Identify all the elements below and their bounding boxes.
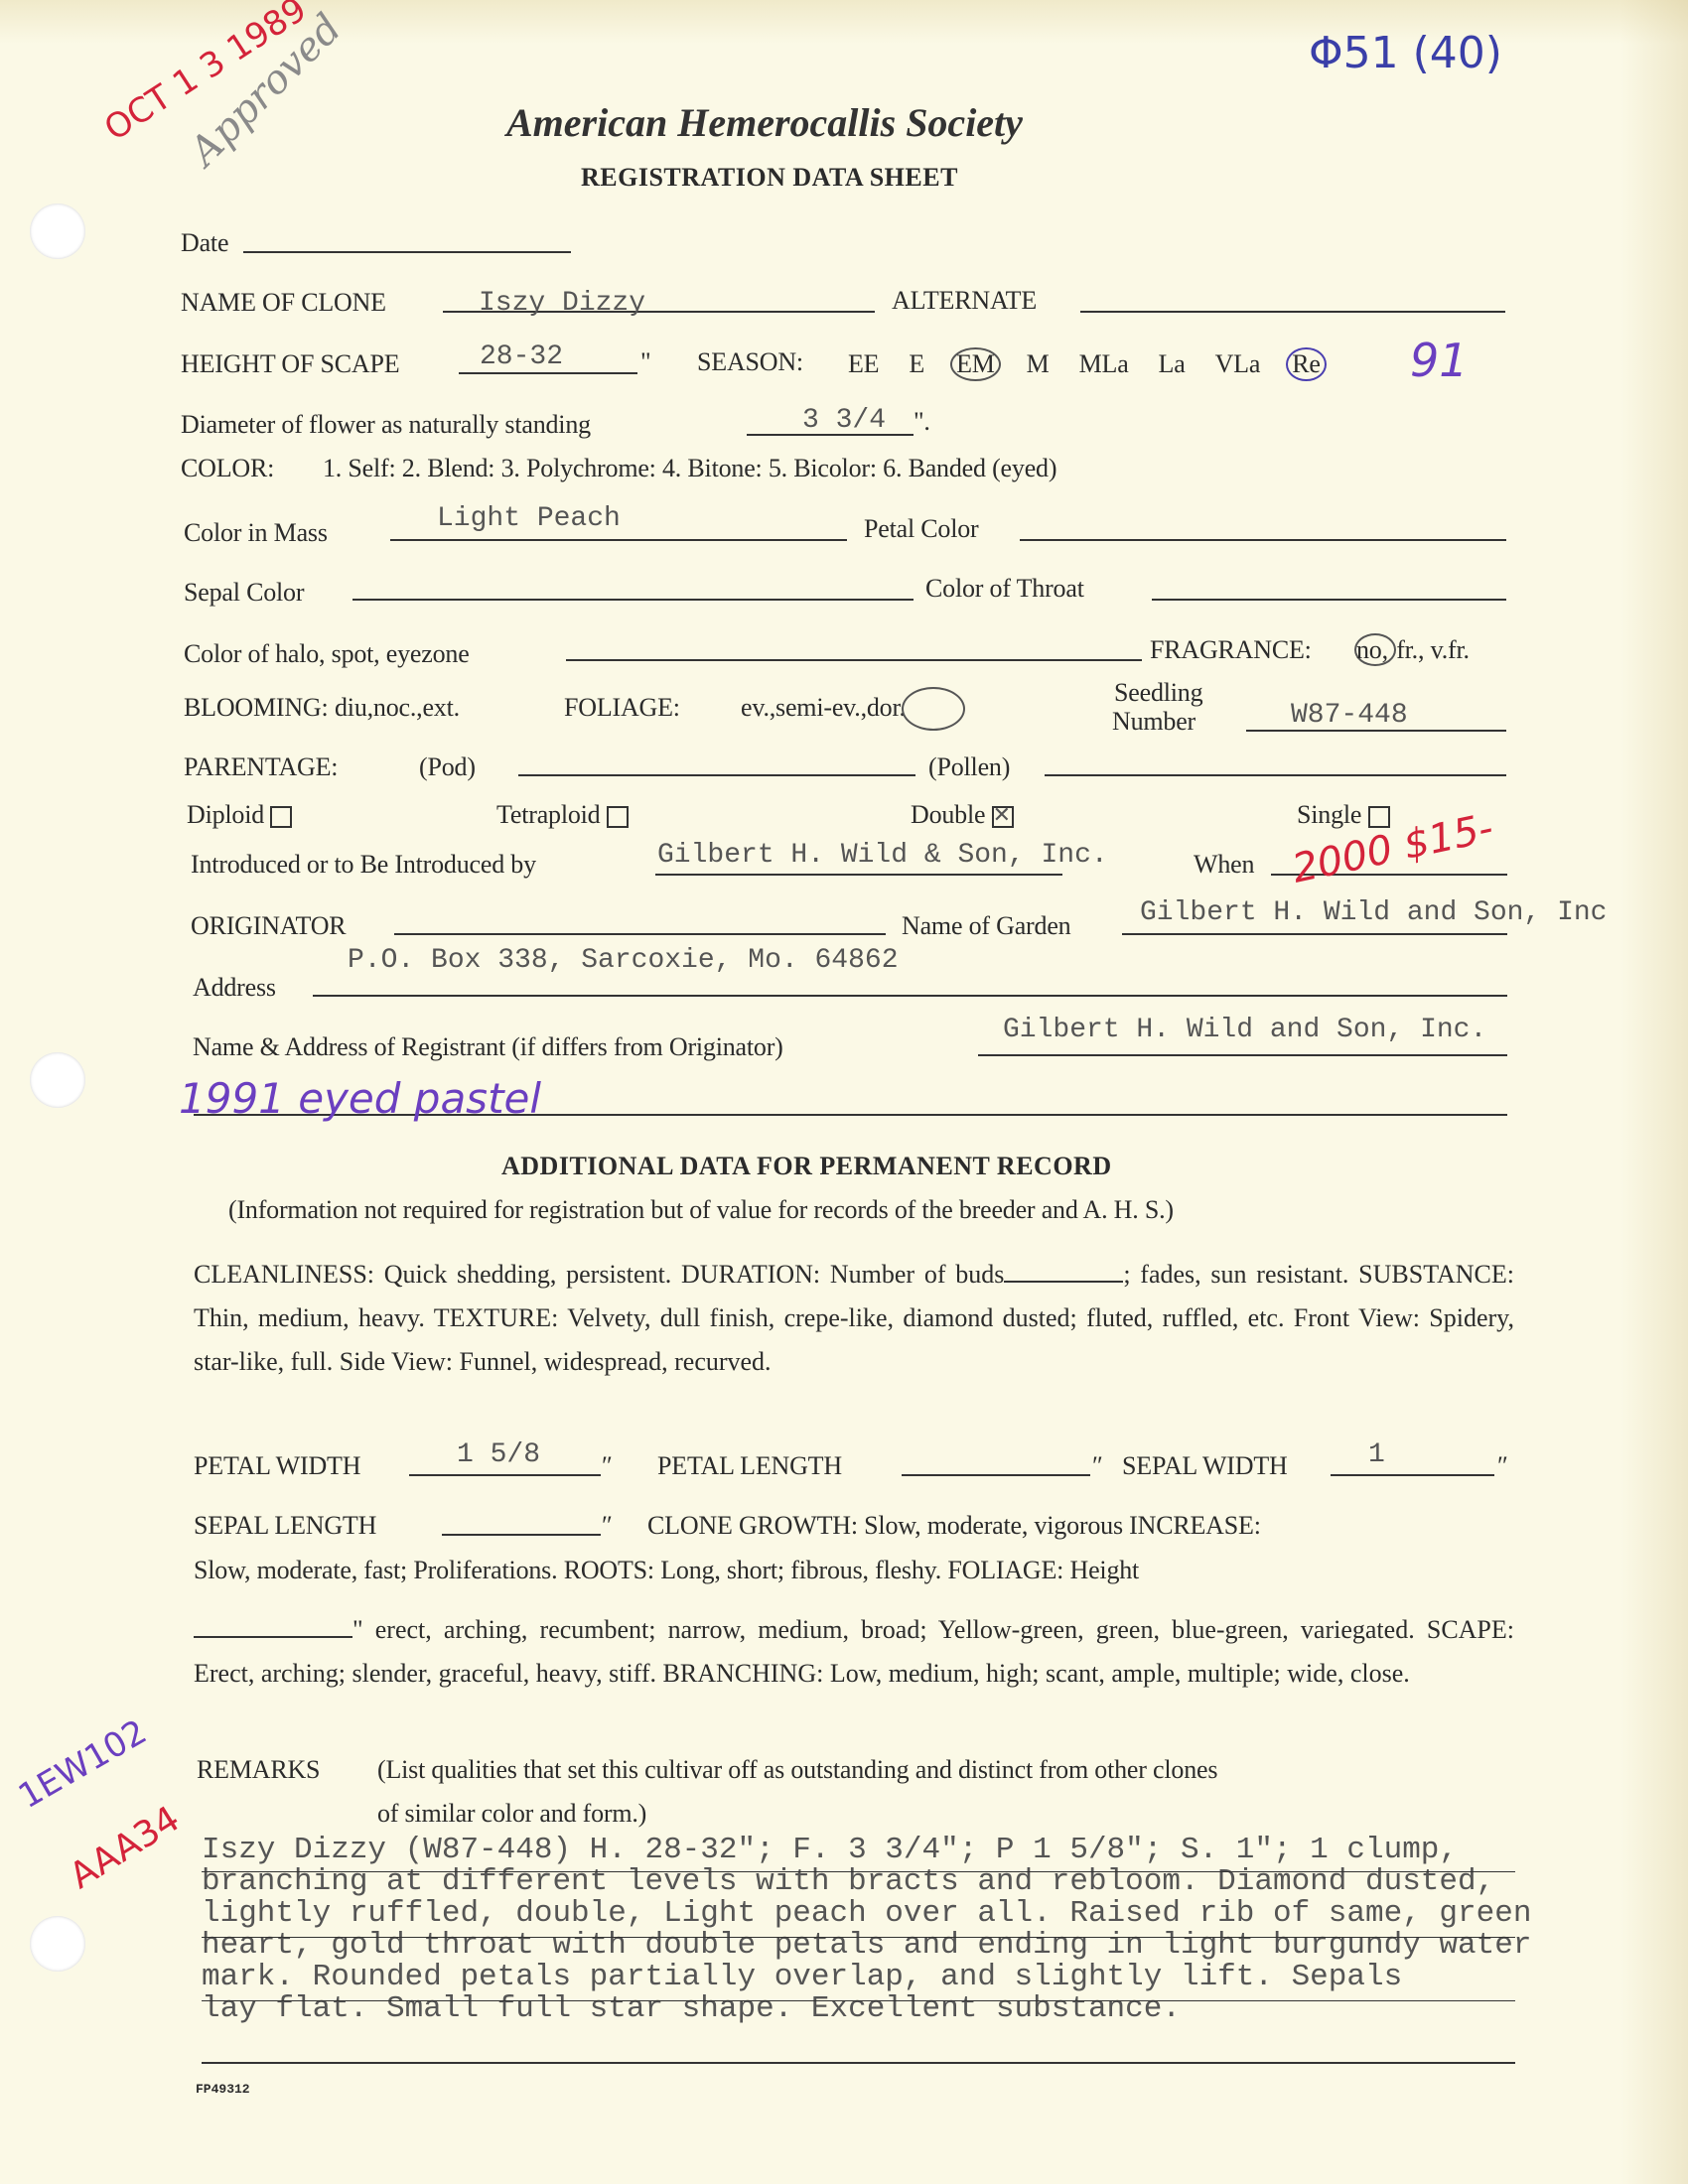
- foliage-text: " erect, arching, recumbent; narrow, med…: [194, 1615, 1514, 1688]
- clone-name-value: Iszy Dizzy: [479, 288, 645, 319]
- remarks-text: Iszy Dizzy (W87-448) H. 28-32"; F. 3 3/4…: [202, 1835, 1641, 2025]
- buds-field[interactable]: [1004, 1281, 1123, 1283]
- originator-label: ORIGINATOR: [191, 911, 346, 941]
- additional-note: (Information not required for registrati…: [228, 1195, 1174, 1225]
- diploid-checkbox[interactable]: [270, 806, 292, 828]
- remarks-hint-2: of similar color and form.): [377, 1799, 646, 1829]
- fragrance-option-fr[interactable]: fr.,: [1396, 635, 1430, 664]
- pod-field[interactable]: [518, 774, 915, 776]
- registrant-value: Gilbert H. Wild and Son, Inc.: [1003, 1015, 1486, 1045]
- remarks-label: REMARKS: [197, 1755, 320, 1785]
- seedling-value: W87-448: [1291, 700, 1408, 731]
- sepal-width-unit: ″: [1497, 1451, 1508, 1481]
- foliage-height-field[interactable]: [194, 1636, 352, 1638]
- originator-field[interactable]: [394, 933, 886, 935]
- season-option-em[interactable]: EM: [950, 347, 1001, 381]
- season-option-mla[interactable]: MLa: [1075, 349, 1133, 379]
- garden-value: Gilbert H. Wild and Son, Inc: [1140, 897, 1607, 928]
- petal-width-label: PETAL WIDTH: [194, 1451, 360, 1481]
- double-label: Double: [911, 800, 985, 829]
- when-label: When: [1194, 850, 1254, 880]
- alternate-field[interactable]: [1080, 311, 1505, 313]
- fragrance-options: no, fr., v.fr.: [1354, 635, 1470, 665]
- halo-label: Color of halo, spot, eyezone: [184, 639, 470, 669]
- color-in-mass-value: Light Peach: [437, 503, 621, 534]
- seedling-label-2: Number: [1112, 707, 1196, 737]
- remarks-line: [202, 1937, 1515, 1938]
- throat-color-label: Color of Throat: [925, 574, 1084, 604]
- punch-hole: [30, 1052, 85, 1108]
- season-option-la[interactable]: La: [1155, 349, 1190, 379]
- form-code: FP49312: [196, 2082, 250, 2097]
- sepal-length-field[interactable]: [442, 1534, 601, 1536]
- remarks-line: [202, 2062, 1515, 2064]
- remarks-line-text: mark. Rounded petals partially overlap, …: [202, 1962, 1641, 1993]
- remarks-line: [202, 2000, 1515, 2001]
- single-checkbox[interactable]: [1368, 806, 1390, 828]
- diploid-label: Diploid: [187, 800, 264, 829]
- foliage-paragraph: " erect, arching, recumbent; narrow, med…: [194, 1608, 1514, 1696]
- page-subtitle: REGISTRATION DATA SHEET: [581, 163, 958, 193]
- petal-width-unit: ″: [602, 1451, 613, 1481]
- punch-hole: [30, 1916, 85, 1972]
- petal-color-label: Petal Color: [864, 514, 979, 544]
- address-value: P.O. Box 338, Sarcoxie, Mo. 64862: [348, 945, 899, 976]
- tetraploid-checkbox[interactable]: [607, 806, 629, 828]
- sepal-length-unit: ″: [602, 1511, 613, 1541]
- remarks-line-text: heart, gold throat with double petals an…: [202, 1930, 1641, 1962]
- file-number-note: Φ51 (40): [1309, 28, 1502, 78]
- petal-length-unit: ″: [1092, 1451, 1103, 1481]
- clone-name-label: NAME OF CLONE: [181, 288, 386, 318]
- color-options: 1. Self: 2. Blend: 3. Polychrome: 4. Bit…: [323, 454, 1056, 483]
- cleanliness-text: CLEANLINESS: Quick shedding, persistent.…: [194, 1260, 1004, 1289]
- petal-width-value: 1 5/8: [457, 1439, 540, 1470]
- height-value: 28-32: [480, 341, 563, 372]
- page-title: American Hemerocallis Society: [506, 99, 1023, 146]
- fragrance-option-vfr.[interactable]: v.fr.: [1431, 635, 1470, 664]
- remarks-line-text: lay flat. Small full star shape. Excelle…: [202, 1993, 1641, 2025]
- fragrance-option-no[interactable]: no,: [1354, 633, 1396, 666]
- diploid-option[interactable]: Diploid: [187, 800, 292, 830]
- garden-label: Name of Garden: [902, 911, 1070, 941]
- sepal-width-label: SEPAL WIDTH: [1122, 1451, 1288, 1481]
- address-label: Address: [193, 973, 276, 1003]
- garden-field[interactable]: [1122, 933, 1507, 935]
- season-option-re[interactable]: Re: [1286, 347, 1326, 381]
- height-label: HEIGHT OF SCAPE: [181, 349, 399, 379]
- single-label: Single: [1297, 800, 1361, 829]
- remarks-line: [202, 1871, 1515, 1872]
- alternate-label: ALTERNATE: [892, 286, 1037, 316]
- season-option-m[interactable]: M: [1023, 349, 1054, 379]
- sepal-length-label: SEPAL LENGTH: [194, 1511, 376, 1541]
- remarks-hint-1: (List qualities that set this cultivar o…: [377, 1755, 1217, 1785]
- punch-hole: [30, 204, 85, 259]
- foliage-label: FOLIAGE:: [564, 693, 680, 723]
- season-option-e[interactable]: E: [905, 349, 928, 379]
- registrant-label: Name & Address of Registrant (if differs…: [193, 1032, 783, 1062]
- color-in-mass-field[interactable]: [390, 539, 847, 541]
- date-label: Date: [181, 228, 228, 258]
- introduced-by-field[interactable]: [655, 874, 1062, 876]
- fades-text: ; fades, sun: [1123, 1260, 1246, 1289]
- introduced-by-label: Introduced or to Be Introduced by: [191, 850, 536, 880]
- petal-length-label: PETAL LENGTH: [657, 1451, 842, 1481]
- rebloom-note: 1991 eyed pastel: [179, 1074, 541, 1123]
- color-in-mass-label: Color in Mass: [184, 518, 328, 548]
- increase-text: Slow, moderate, fast; Proliferations. RO…: [194, 1556, 1139, 1585]
- foliage-options: ev.,semi-ev.,dor.: [741, 693, 906, 723]
- petal-width-field[interactable]: [409, 1474, 601, 1476]
- foliage-selected-circle: [902, 687, 965, 731]
- pollen-label: (Pollen): [928, 752, 1010, 782]
- diameter-value: 3 3/4: [802, 405, 886, 436]
- seedling-label-1: Seedling: [1114, 678, 1202, 708]
- sepal-color-label: Sepal Color: [184, 578, 304, 608]
- registrant-field[interactable]: [978, 1054, 1507, 1056]
- sepal-width-field[interactable]: [1331, 1474, 1494, 1476]
- sepal-width-value: 1: [1368, 1439, 1385, 1470]
- single-option[interactable]: Single: [1297, 800, 1390, 830]
- double-option[interactable]: Double: [911, 800, 1014, 830]
- color-label: COLOR:: [181, 454, 274, 483]
- petal-color-field[interactable]: [1020, 539, 1506, 541]
- blooming-label: BLOOMING:: [184, 693, 329, 723]
- season-options: EEEEMMMLaLaVLaRe: [844, 347, 1348, 381]
- growth-text: CLONE GROWTH: Slow, moderate, vigorous I…: [647, 1511, 1514, 1541]
- diameter-label: Diameter of flower as naturally standing: [181, 410, 591, 440]
- height-field[interactable]: [459, 372, 637, 374]
- diameter-unit: ".: [914, 407, 930, 437]
- cleanliness-paragraph: CLEANLINESS: Quick shedding, persistent.…: [194, 1253, 1514, 1384]
- pod-label: (Pod): [419, 752, 476, 782]
- additional-heading: ADDITIONAL DATA FOR PERMANENT RECORD: [501, 1152, 1112, 1181]
- season-option-ee[interactable]: EE: [844, 349, 883, 379]
- throat-color-field[interactable]: [1152, 599, 1506, 601]
- season-option-vla[interactable]: VLa: [1211, 349, 1265, 379]
- sepal-color-field[interactable]: [352, 599, 914, 601]
- petal-length-field[interactable]: [902, 1474, 1090, 1476]
- margin-code-2: AAA34: [63, 1799, 187, 1897]
- double-checkbox[interactable]: [992, 806, 1014, 828]
- margin-code-1: 1EW102: [12, 1712, 154, 1817]
- halo-field[interactable]: [566, 659, 1142, 661]
- parentage-label: PARENTAGE:: [184, 752, 338, 782]
- season-note: 91: [1410, 334, 1469, 387]
- remarks-line-text: Iszy Dizzy (W87-448) H. 28-32"; F. 3 3/4…: [202, 1835, 1641, 1866]
- introduced-by-value: Gilbert H. Wild & Son, Inc.: [657, 840, 1108, 871]
- season-label: SEASON:: [697, 347, 803, 377]
- date-field[interactable]: [243, 251, 571, 253]
- fragrance-label: FRAGRANCE:: [1150, 635, 1312, 665]
- tetraploid-label: Tetraploid: [496, 800, 600, 829]
- height-unit: ": [640, 347, 650, 377]
- tetraploid-option[interactable]: Tetraploid: [496, 800, 629, 830]
- address-field[interactable]: [313, 995, 1507, 997]
- blooming-options: diu,noc.,ext.: [335, 693, 460, 723]
- pollen-field[interactable]: [1045, 774, 1506, 776]
- remarks-line-text: lightly ruffled, double, Light peach ove…: [202, 1898, 1641, 1930]
